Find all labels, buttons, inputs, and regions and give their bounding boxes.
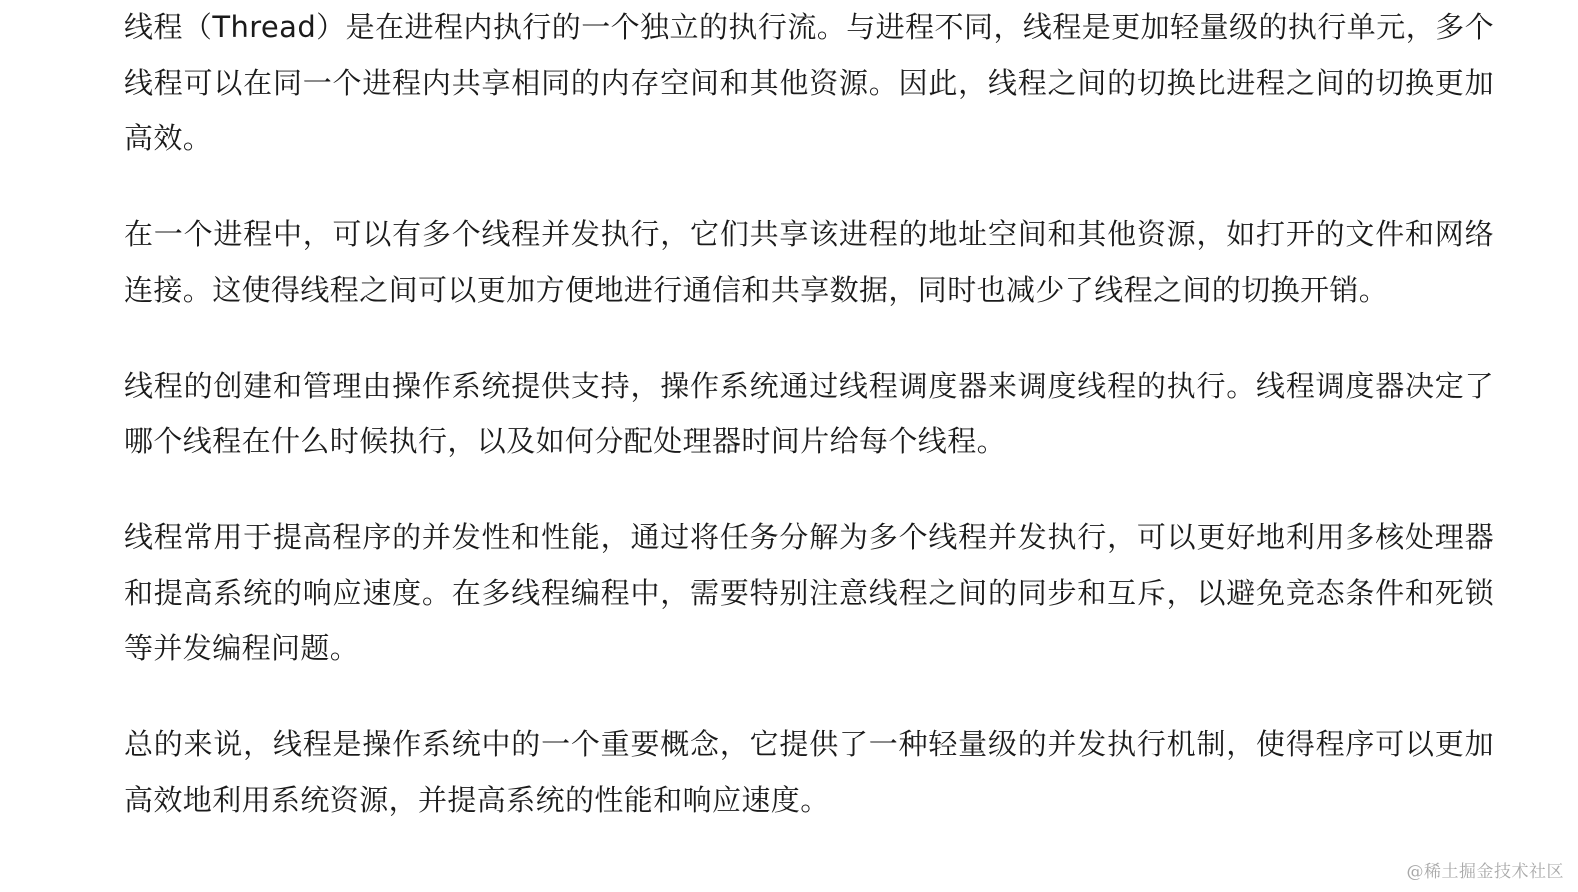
paragraph-thread-scheduling: 线程的创建和管理由操作系统提供支持，操作系统通过线程调度器来调度线程的执行。线程… [124,359,1494,470]
paragraph-summary: 总的来说，线程是操作系统中的一个重要概念，它提供了一种轻量级的并发执行机制，使得… [124,717,1494,828]
paragraph-thread-definition: 线程（Thread）是在进程内执行的一个独立的执行流。与进程不同，线程是更加轻量… [124,0,1494,167]
watermark: @稀土掘金技术社区 [1407,857,1565,882]
paragraph-shared-resources: 在一个进程中，可以有多个线程并发执行，它们共享该进程的地址空间和其他资源，如打开… [124,207,1494,318]
article-body: 线程（Thread）是在进程内执行的一个独立的执行流。与进程不同，线程是更加轻量… [124,0,1494,868]
paragraph-concurrency-performance: 线程常用于提高程序的并发性和性能，通过将任务分解为多个线程并发执行，可以更好地利… [124,510,1494,677]
